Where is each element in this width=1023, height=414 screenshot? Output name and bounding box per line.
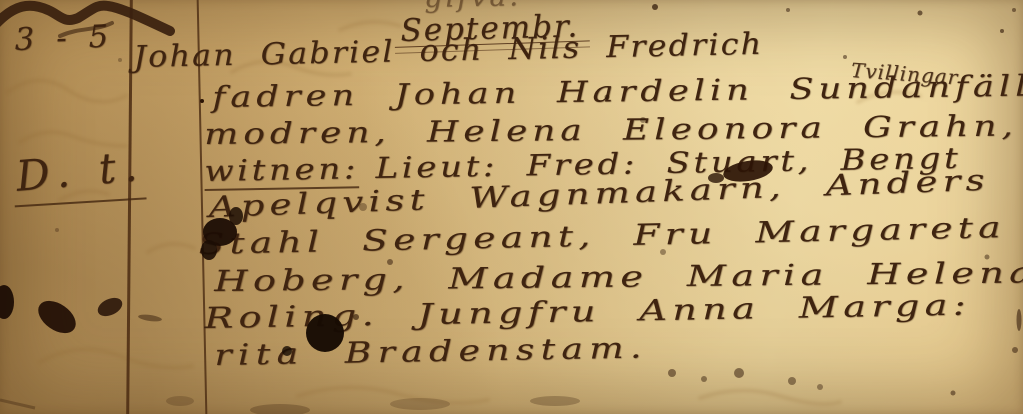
pen-dot	[200, 99, 204, 103]
margin-note-abbreviation: D. t.	[14, 141, 147, 201]
register-page: 3 - 5 D. t. gifva. Septembr. Johan Gabri…	[0, 0, 1023, 414]
entry-line-9-surname-end: rita Bradenstam.	[214, 330, 648, 372]
entry-line-2-father: fadren Johan Hardelin Sundanfäll,	[212, 68, 1023, 114]
margin-date-numbers: 3 - 5	[14, 19, 115, 58]
entry-line-1-names: Johan Gabriel och Nils Fredrich	[133, 27, 764, 75]
column-rule-left	[126, 0, 133, 414]
